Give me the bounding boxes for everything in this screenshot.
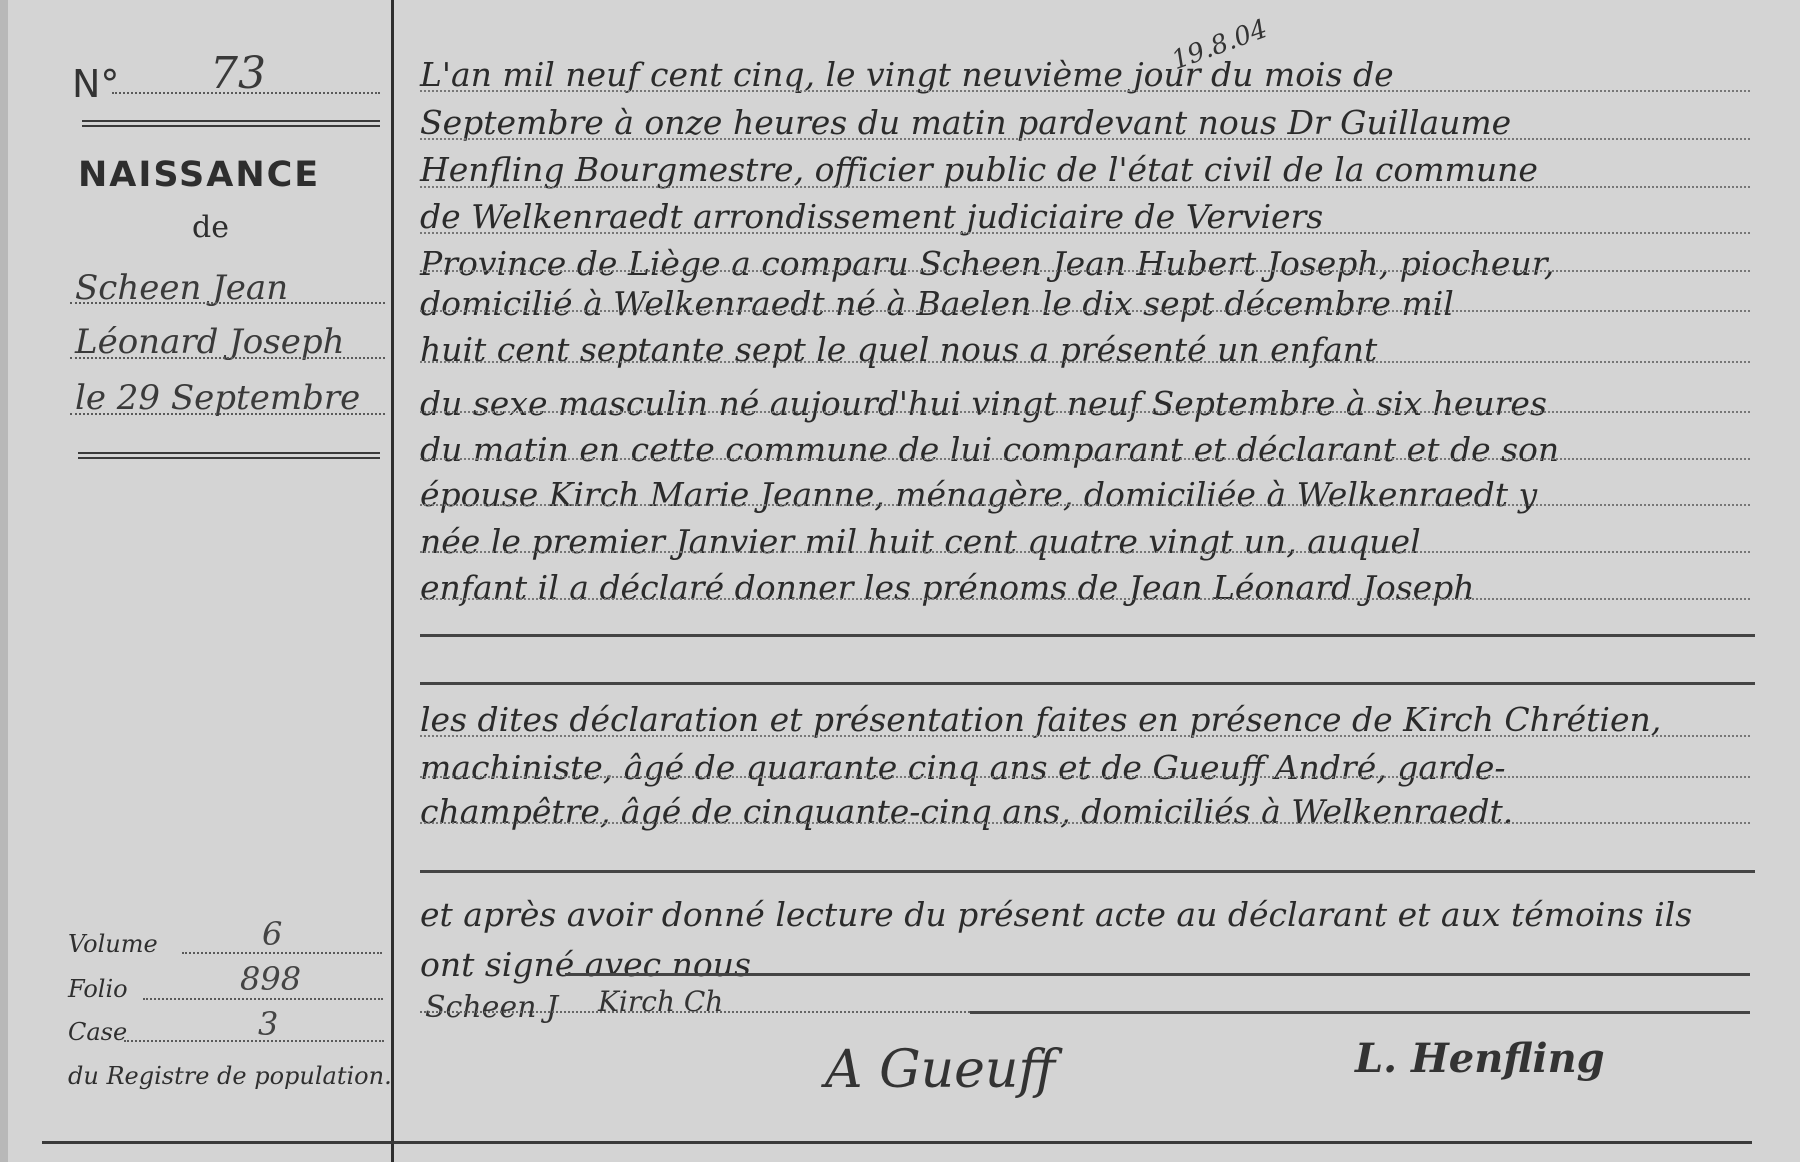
blank-rule-1: [420, 634, 1755, 637]
body-dotted-9: [420, 458, 1750, 460]
folio-label: Folio: [68, 975, 128, 1003]
blank-rule-2: [420, 682, 1755, 685]
name-dotted-line-2: [70, 357, 385, 359]
body-line-2: Septembre à onze heures du matin pardeva…: [420, 103, 1511, 142]
body-dotted-11: [420, 551, 1750, 553]
body-line-9: du matin en cette commune de lui compara…: [420, 430, 1559, 469]
folio-dotted-line: [143, 998, 383, 1000]
case-dotted-line: [124, 1040, 384, 1042]
body-dotted-3: [420, 186, 1750, 188]
name-double-rule-2: [78, 457, 380, 459]
body-dotted-10: [420, 504, 1750, 506]
volume-dotted-line: [182, 952, 382, 954]
witness-line-2: machiniste, âgé de quarante cinq ans et …: [420, 748, 1506, 787]
registry-footer: du Registre de population.: [68, 1062, 392, 1090]
body-line-6: domicilié à Welkenraedt né à Baelen le d…: [420, 284, 1454, 323]
name-double-rule-1: [78, 452, 380, 454]
body-line-5: Province de Liège a comparu Scheen Jean …: [420, 244, 1554, 283]
page-binding-edge: [0, 0, 8, 1162]
body-line-4: de Welkenraedt arrondissement judiciaire…: [420, 197, 1323, 236]
volume-value: 6: [262, 915, 282, 953]
case-label: Case: [68, 1018, 127, 1046]
body-dotted-8: [420, 411, 1750, 413]
column-divider: [391, 0, 394, 1162]
body-dotted-4: [420, 232, 1750, 234]
title-preposition: de: [192, 210, 229, 245]
body-line-10: épouse Kirch Marie Jeanne, ménagère, dom…: [420, 475, 1537, 514]
body-line-8: du sexe masculin né aujourd'hui vingt ne…: [420, 384, 1547, 423]
left-bottom-rule: [42, 1141, 392, 1144]
act-number-label: N°: [72, 62, 119, 106]
case-value: 3: [258, 1005, 278, 1043]
body-line-11: née le premier Janvier mil huit cent qua…: [420, 522, 1421, 561]
witness-dotted-2: [420, 776, 1750, 778]
body-dotted-1: [420, 90, 1750, 92]
signature-dotted-line: [420, 1011, 970, 1013]
body-dotted-7: [420, 361, 1750, 363]
signature-witness-1: Kirch Ch: [598, 985, 723, 1018]
volume-label: Volume: [68, 930, 158, 958]
closing-rule-2: [970, 1011, 1750, 1014]
register-page: N° 73 NAISSANCE de Scheen Jean Léonard J…: [0, 0, 1800, 1162]
witness-dotted-3: [420, 822, 1750, 824]
closing-line-1: et après avoir donné lecture du présent …: [420, 895, 1692, 934]
child-name-line-2: Léonard Joseph: [75, 322, 345, 362]
child-name-line-3: le 29 Septembre: [75, 378, 360, 418]
certificate-type-title: NAISSANCE: [78, 155, 320, 195]
name-dotted-line-1: [70, 302, 385, 304]
witness-line-3: champêtre, âgé de cinquante-cinq ans, do…: [420, 792, 1513, 831]
closing-rule-1: [565, 973, 1750, 976]
signature-officer: L. Henfling: [1355, 1035, 1605, 1082]
folio-value: 898: [240, 960, 301, 998]
body-dotted-5: [420, 270, 1750, 272]
name-dotted-line-3: [70, 413, 385, 415]
body-dotted-6: [420, 310, 1750, 312]
section-rule: [420, 870, 1755, 873]
header-double-rule-2: [82, 125, 380, 127]
witness-line-1: les dites déclaration et présentation fa…: [420, 700, 1661, 739]
header-double-rule-1: [82, 120, 380, 122]
signature-declarant: Scheen J: [425, 990, 558, 1025]
act-number-dotted-line: [112, 92, 380, 94]
body-dotted-2: [420, 138, 1750, 140]
body-line-7: huit cent septante sept le quel nous a p…: [420, 330, 1377, 369]
body-line-12: enfant il a déclaré donner les prénoms d…: [420, 568, 1475, 607]
signature-witness-2: A Gueuff: [825, 1040, 1055, 1100]
body-dotted-12: [420, 598, 1750, 600]
witness-dotted-1: [420, 735, 1750, 737]
bottom-rule: [392, 1141, 1752, 1144]
body-line-1: L'an mil neuf cent cinq, le vingt neuviè…: [420, 55, 1394, 94]
closing-line-2: ont signé avec nous: [420, 945, 751, 984]
body-line-3: Henfling Bourgmestre, officier public de…: [420, 150, 1538, 189]
